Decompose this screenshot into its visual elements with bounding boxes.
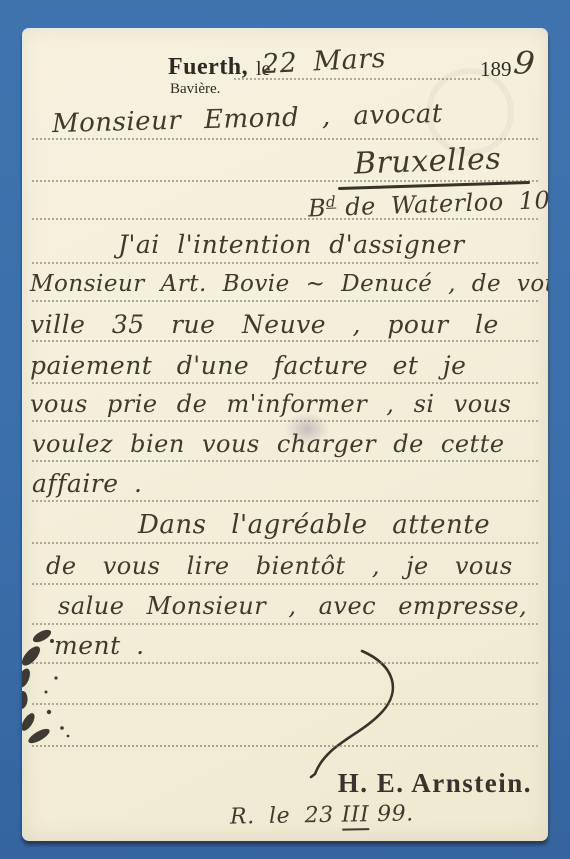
body-line-11: ment . <box>54 631 145 660</box>
body-line-7: affaire . <box>32 469 142 498</box>
ruled-line <box>32 180 538 182</box>
ruled-line <box>32 262 538 264</box>
body-line-5: vous prie de m'informer , si vous <box>30 390 511 418</box>
postcard: Fuerth, le 22 Mars 189 9 Bavière. Monsie… <box>22 28 548 841</box>
received-suffix: 99. <box>377 801 414 827</box>
flourish-stroke <box>311 651 393 777</box>
printed-region: Bavière. <box>170 81 220 98</box>
body-line-10: salue Monsieur , avec empresse, <box>58 592 527 620</box>
received-month-roman: III <box>341 802 369 830</box>
street-rest: de Waterloo 108 <box>345 186 548 222</box>
body-line-2: Monsieur Art. Bovie ~ Denucé , de votre <box>30 271 548 297</box>
ruled-line <box>32 500 538 502</box>
printed-year: 189 <box>480 57 512 82</box>
address-recipient: Monsieur Emond , avocat <box>52 99 443 139</box>
body-line-3: ville 35 rue Neuve , pour le <box>30 310 499 339</box>
ruled-line <box>32 218 538 220</box>
body-line-9: de vous lire bientôt , je vous <box>46 552 513 580</box>
body-line-6: voulez bien vous charger de cette <box>32 430 505 458</box>
handwritten-year-digit: 9 <box>512 43 537 83</box>
body-line-1: J'ai l'intention d'assigner <box>118 230 465 259</box>
address-street: Bdde Waterloo 108 <box>308 185 548 223</box>
ruled-line <box>32 703 538 705</box>
received-note: R. le 23III99. <box>230 801 414 829</box>
ruled-line <box>32 382 538 384</box>
ruled-line <box>32 138 538 140</box>
ruled-line <box>32 340 538 342</box>
address-city: Bruxelles <box>353 141 501 181</box>
ruled-line <box>32 460 538 462</box>
printed-signature: H. E. Arnstein. <box>338 768 532 799</box>
received-prefix: R. le 23 <box>230 803 334 830</box>
ruled-line <box>32 542 538 544</box>
page-background: { "colors": { "background_blue": "#3b6fa… <box>0 0 570 859</box>
body-line-4: paiement d'une facture et je <box>30 351 466 380</box>
ruled-line <box>32 623 538 625</box>
ruled-line <box>32 420 538 422</box>
ruled-line <box>32 745 538 747</box>
ruled-line <box>32 300 538 302</box>
street-initial: B <box>308 194 327 223</box>
printed-city: Fuerth, <box>168 54 248 81</box>
ruled-line <box>32 583 538 585</box>
street-superscript: d <box>326 193 337 211</box>
ruled-line <box>32 662 538 664</box>
handwritten-date: 22 Mars <box>261 43 386 80</box>
body-line-8: Dans l'agréable attente <box>138 510 490 540</box>
